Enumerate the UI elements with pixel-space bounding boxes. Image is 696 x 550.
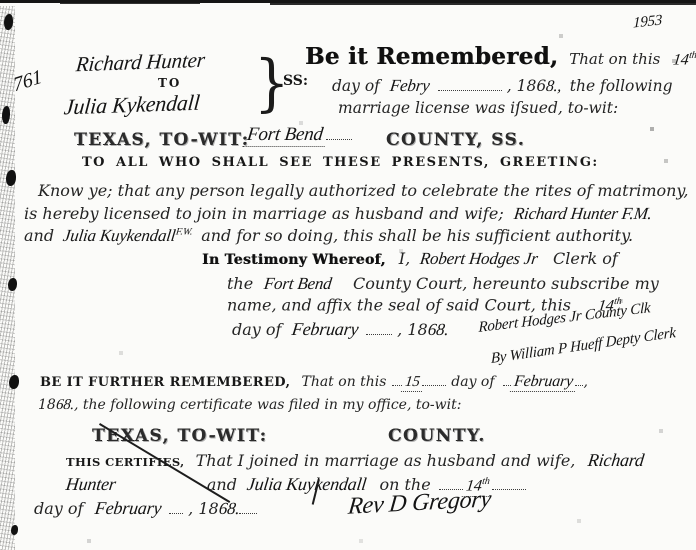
ss-label: SS: xyxy=(283,73,308,89)
scan-top-edge-segment xyxy=(270,3,696,5)
groom-handwritten-name: Richard Hunter F.M. xyxy=(513,204,653,224)
this-certifies-label: THIS CERTIFIES, xyxy=(66,455,185,469)
dotted-leader xyxy=(326,126,352,140)
testimony-line-1: In Testimony Whereof, I, Robert Hodges J… xyxy=(202,249,618,269)
clerk-of-label: Clerk of xyxy=(553,249,618,268)
texas-towit-heading: TEXAS, TO-WIT: xyxy=(74,131,249,151)
testimony-line-4: day of February , 1868. xyxy=(232,319,448,340)
certificate-year-prefix: , 18 xyxy=(188,499,219,518)
certificate-groom-name-part2: Hunter xyxy=(65,474,117,495)
scanned-marriage-record-page: 1953 761 Richard Hunter TO Julia Kykenda… xyxy=(0,0,696,550)
preamble-year-value: 8., xyxy=(545,78,563,96)
further-comma: , xyxy=(583,374,587,390)
further-day-of-label: day of xyxy=(451,374,494,390)
testimony-county-value: Fort Bend xyxy=(263,274,333,294)
clerk-handwritten-name: Robert Hodges Jr xyxy=(419,249,539,269)
preamble-year-prefix: , 186 xyxy=(507,77,546,95)
further-month-value: February xyxy=(509,373,576,392)
scan-top-edge-segment-2 xyxy=(60,3,200,4)
certificate-line-1-printed: That I joined in marriage as husband and… xyxy=(196,451,576,470)
further-year-prefix: 18 xyxy=(38,397,56,413)
license-body-line-3: and Julia KuykendallF.W. and for so doin… xyxy=(24,226,633,246)
dotted-leader xyxy=(422,372,446,386)
dotted-leader xyxy=(239,500,257,514)
testimony-year-value: 68. xyxy=(426,320,449,340)
county-handwritten-value: Fort Bend xyxy=(243,124,328,147)
testimony-line-2-printed: County Court, hereunto subscribe my xyxy=(353,274,659,293)
further-line-2-printed: , the following certificate was filed in… xyxy=(74,397,461,413)
certificate-month-value: February xyxy=(93,498,162,519)
page-number-annotation: 1953 xyxy=(633,12,662,32)
dotted-leader xyxy=(169,500,183,514)
license-body-line-2-printed: is hereby licensed to join in marriage a… xyxy=(24,204,504,223)
testimony-day-of-label: day of xyxy=(232,320,281,339)
further-line-1: BE IT FURTHER REMEMBERED, That on this 1… xyxy=(40,372,588,392)
paper-specks xyxy=(0,0,2,2)
further-line-2: 1868., the following certificate was fil… xyxy=(38,395,461,414)
certificate-line-3: day of February , 1868. xyxy=(34,498,257,519)
preamble-day-of-label: day of xyxy=(332,77,380,95)
certificate-bride-name: Julia Kuykendall xyxy=(246,474,368,495)
dotted-leader xyxy=(438,77,502,91)
county-fill-in: Fort Bend xyxy=(244,124,352,147)
record-number-annotation: 761 xyxy=(12,66,44,98)
license-body-line-2: is hereby licensed to join in marriage a… xyxy=(24,204,652,224)
ink-blot xyxy=(9,375,19,389)
further-year-value: 68. xyxy=(55,397,75,414)
ink-blot xyxy=(8,278,17,291)
certificate-day-of-label: day of xyxy=(34,499,83,518)
and-label: and xyxy=(24,226,54,245)
dotted-leader xyxy=(503,372,511,386)
preamble-day-value: 14th xyxy=(672,50,696,70)
preamble-month-value: Febry xyxy=(389,76,431,96)
in-testimony-whereof-heading: In Testimony Whereof, xyxy=(202,252,386,268)
dotted-leader xyxy=(392,372,402,386)
certificate-line-1: THIS CERTIFIES, That I joined in marriag… xyxy=(66,450,644,471)
license-body-line-1: Know ye; that any person legally authori… xyxy=(38,182,688,200)
license-body-line-3-printed: and for so doing, this shall be his suff… xyxy=(201,226,633,245)
caption-bride-name: Julia Kykendall xyxy=(63,90,201,120)
dotted-leader xyxy=(366,321,392,335)
testimony-line-2: the Fort Bend County Court, hereunto sub… xyxy=(227,274,659,294)
be-it-further-remembered-heading: BE IT FURTHER REMEMBERED, xyxy=(40,375,290,390)
testimony-line-3-printed: name, and affix the seal of said Court, … xyxy=(227,295,571,314)
caption-to-label: TO xyxy=(158,77,181,91)
preamble-line-3: marriage license was iſsued, to-wit: xyxy=(338,100,618,118)
bride-handwritten-name: Julia KuykendallF.W. xyxy=(62,226,193,246)
further-that-on-this: That on this xyxy=(301,374,386,390)
further-day-value: 15 xyxy=(400,374,423,392)
ink-blot xyxy=(11,525,18,535)
certificate-county-heading: COUNTY. xyxy=(388,427,486,447)
preamble-line-2: day of Febry , 1868., the following xyxy=(332,76,673,96)
be-it-remembered-heading: Be it Remembered, xyxy=(305,43,558,70)
greeting-line: TO ALL WHO SHALL SEE THESE PRESENTS, GRE… xyxy=(82,156,599,171)
caption-groom-name: Richard Hunter xyxy=(75,48,206,77)
dotted-leader xyxy=(492,476,526,490)
testimony-month-value: February xyxy=(290,319,359,340)
preamble-that-on-this: That on this xyxy=(569,50,660,68)
testimony-i-label: I, xyxy=(399,249,410,268)
preamble-following-text: the following xyxy=(570,77,673,95)
the-label: the xyxy=(227,274,253,293)
certificate-groom-name-part1: Richard xyxy=(587,450,645,471)
county-ss-heading: COUNTY, SS. xyxy=(386,131,525,151)
testimony-year-prefix: , 18 xyxy=(397,320,428,339)
preamble-line-1: Be it Remembered, That on this 14th xyxy=(305,44,696,70)
